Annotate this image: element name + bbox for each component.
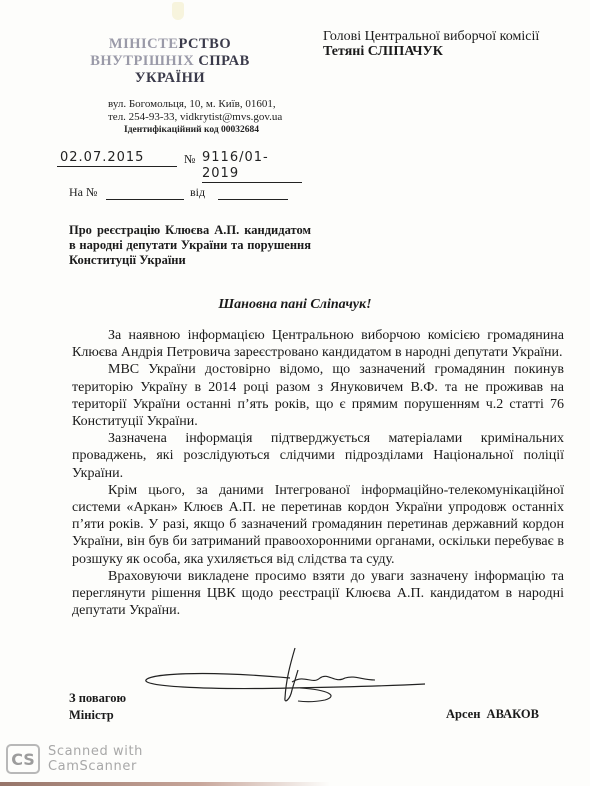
registration-number: 9116/01-2019 [202,150,302,183]
camscanner-watermark: CS Scanned with CamScanner [6,744,143,774]
address-line-2: тел. 254-93-33, vidkrytist@mvs.gov.ua [108,111,282,124]
paragraph: Зазначена інформація підтверджується мат… [72,430,564,482]
address-line-1: вул. Богомольця, 10, м. Київ, 01601, [108,98,282,111]
reference-number-row: На № [69,185,184,200]
reference-number-label: На № [69,185,97,199]
registration-date: 02.07.2015 [57,150,177,167]
reference-date-blank [218,187,288,200]
paragraph: Враховуючи викладене просимо взяти до ув… [72,568,564,620]
paragraph: МВС України достовірно відомо, що зазнач… [72,361,564,430]
letter-body: За наявною інформацією Центральною вибор… [72,327,564,619]
page-edge-shadow [0,782,330,786]
ministry-letterhead: МІНІСТЕРСТВО ВНУТРІШНІХ СПРАВ УКРАЇНИ [80,36,260,87]
paragraph: За наявною інформацією Центральною вибор… [72,327,564,361]
registration-number-label: № [184,152,195,167]
watermark-line-1: Scanned with [48,744,143,759]
reference-date-row: від [190,185,288,200]
camscanner-text: Scanned with CamScanner [48,744,143,774]
closing-block: З повагою Міністр [69,690,126,724]
signer-name: Арсен АВАКОВ [446,707,539,722]
id-code: Ідентифікаційний код 00032684 [108,124,282,137]
paragraph: Крім цього, за даними Інтегрованої інфор… [72,482,564,568]
signer-position: Міністр [69,707,126,724]
reference-number-blank [106,187,184,200]
camscanner-logo-icon: CS [6,744,40,774]
ministry-line-3: УКРАЇНИ [80,70,260,87]
closing-phrase: З повагою [69,690,126,707]
addressee-block: Голові Центральної виборчої комісії Тетя… [323,29,539,59]
letter-subject: Про реєстрацію Клюєва А.П. кандидатом в … [69,223,311,268]
reference-date-label: від [190,185,205,199]
signature-icon [140,640,440,705]
watermark-line-2: CamScanner [48,759,143,774]
ministry-line-2: ВНУТРІШНІХ СПРАВ [80,53,260,70]
salutation: Шановна пані Сліпачук! [0,297,590,313]
addressee-name: Тетяні СЛІПАЧУК [323,44,539,59]
ministry-line-1: МІНІСТЕРСТВО [80,36,260,53]
addressee-title: Голові Центральної виборчої комісії [323,29,539,44]
ministry-address: вул. Богомольця, 10, м. Київ, 01601, тел… [108,98,282,137]
coat-of-arms-icon [172,2,184,20]
letter-page: МІНІСТЕРСТВО ВНУТРІШНІХ СПРАВ УКРАЇНИ ву… [0,0,590,786]
